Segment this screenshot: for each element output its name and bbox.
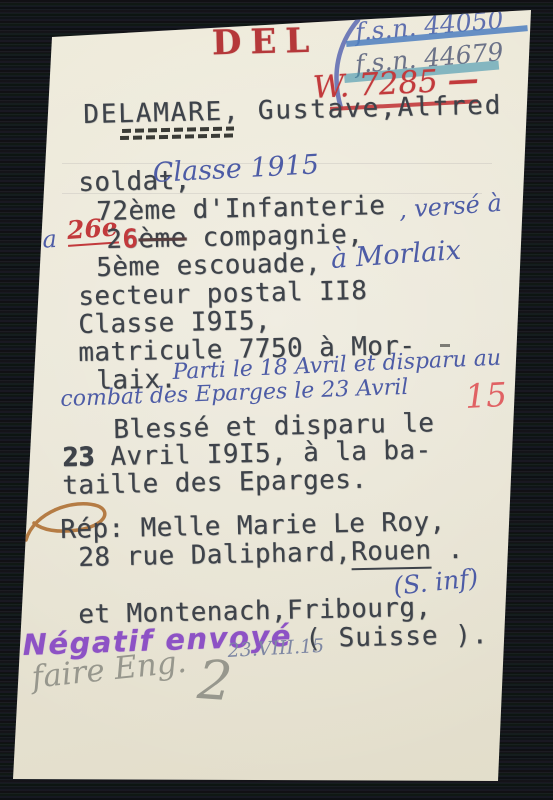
address-prefix: 28 rue Daliphard, — [78, 537, 351, 573]
class-handwritten-note: Classe 1915 — [152, 149, 320, 189]
verse-handwritten-note: , versé à — [398, 189, 503, 224]
country-line: ( Suisse ). — [305, 620, 489, 654]
ink-speck — [440, 344, 450, 347]
address-city: Rouen — [351, 536, 432, 571]
company-prefix: 2 — [106, 225, 123, 255]
typed-strikeout-marks — [120, 133, 236, 140]
address-period: . — [431, 535, 464, 566]
overstruck-day: 23 — [62, 442, 95, 473]
company-corrected-digit: 6 — [122, 224, 139, 254]
del-classification-mark: DEL — [211, 21, 318, 64]
pencil-bottom-number: 2 — [196, 648, 235, 713]
red-15-note: 15 — [464, 375, 508, 416]
photo-dark-background: DEL f.s.n. 44050 f.s.n. 44679 W. 7285 — … — [0, 0, 553, 800]
soldier-name-line: DELAMARE, Gustave,Alfred — [83, 90, 502, 129]
la-handwritten-note: la — [34, 225, 57, 254]
index-card: DEL f.s.n. 44050 f.s.n. 44679 W. 7285 — … — [0, 0, 553, 800]
company-struck-suffix: ème — [138, 223, 187, 254]
